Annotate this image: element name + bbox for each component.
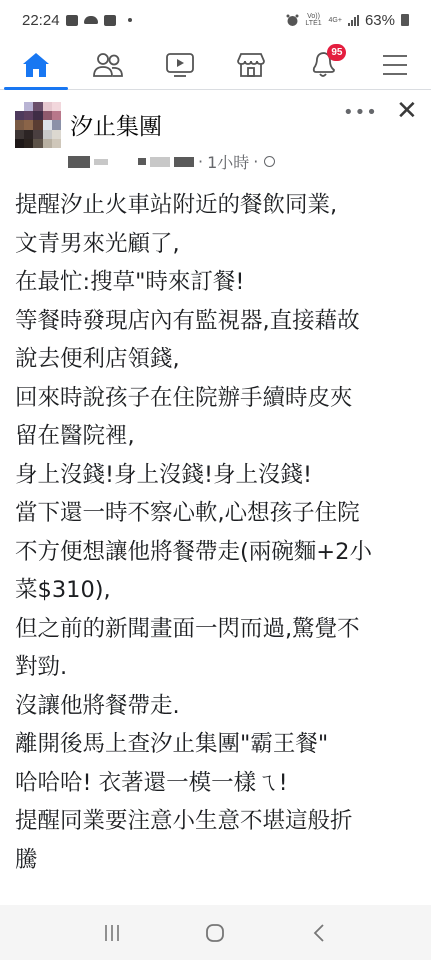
home-icon — [22, 52, 50, 78]
post-text-line: 回來時說孩子在住院辦手續時皮夾 — [15, 379, 425, 418]
signal-icon — [348, 15, 359, 26]
post-text-line: 不方便想讓他將餐帶走(兩碗麵+2小 — [15, 533, 425, 572]
tab-marketplace[interactable] — [215, 40, 287, 89]
post-text-line: 哈哈哈! 衣著還一模一樣ㄟ! — [15, 764, 425, 803]
home-button[interactable] — [195, 918, 235, 948]
notification-badge: 95 — [327, 44, 346, 61]
redacted-name-part — [150, 157, 170, 167]
redacted-name-part — [94, 159, 108, 165]
post-meta: · 1小時 · — [68, 150, 275, 173]
gallery-icon — [66, 15, 78, 26]
redacted-name-part — [174, 157, 194, 167]
post-text-line: 騰 — [15, 841, 425, 880]
meta-separator: · — [198, 152, 203, 171]
shopee-bag-icon — [104, 15, 116, 26]
android-nav-bar — [0, 905, 431, 960]
post-text-line: 說去便利店領錢, — [15, 340, 425, 379]
avatar[interactable] — [15, 102, 61, 148]
status-left: 22:24 — [22, 12, 132, 29]
top-nav-bar: 95 — [0, 40, 431, 90]
post-text-line: 身上沒錢!身上沒錢!身上沒錢! — [15, 456, 425, 495]
status-time: 22:24 — [22, 12, 60, 29]
alarm-icon — [286, 14, 299, 27]
post-text-line: 菜$310), — [15, 571, 425, 610]
post-text-line: 在最忙:搜草"時來訂餐! — [15, 263, 425, 302]
meta-separator: · — [253, 152, 258, 171]
post-text-line: 對勁. — [15, 648, 425, 687]
redacted-name-part — [138, 158, 146, 165]
post-text-line: 提醒汐止火車站附近的餐飲同業, — [15, 186, 425, 225]
recents-icon — [102, 924, 122, 942]
home-circle-icon — [205, 923, 225, 943]
status-right: Vo)) LTE1 4G+ 63% — [286, 12, 409, 29]
post-text-line: 離開後馬上查汐止集團"霸王餐" — [15, 725, 425, 764]
post-text-line: 等餐時發現店內有監視器,直接藉故 — [15, 302, 425, 341]
author-name[interactable]: 汐止集團 — [70, 108, 162, 141]
back-chevron-icon — [312, 923, 326, 943]
globe-icon — [264, 156, 275, 167]
post-text-line: 但之前的新聞畫面一閃而過,驚覺不 — [15, 610, 425, 649]
tab-notifications[interactable]: 95 — [287, 40, 359, 89]
close-button[interactable]: ✕ — [396, 96, 418, 126]
post-body: 提醒汐止火車站附近的餐飲同業, 文青男來光顧了, 在最忙:搜草"時來訂餐! 等餐… — [15, 186, 425, 879]
post-text-line: 提醒同業要注意小生意不堪這般折 — [15, 802, 425, 841]
post-text-line: 留在醫院裡, — [15, 417, 425, 456]
post-text-line: 當下還一時不察心軟,心想孩子住院 — [15, 494, 425, 533]
tab-watch[interactable] — [144, 40, 216, 89]
tab-menu[interactable] — [359, 40, 431, 89]
back-button[interactable] — [299, 918, 339, 948]
battery-percent: 63% — [365, 12, 395, 29]
recents-button[interactable] — [92, 918, 132, 948]
post-text-line: 沒讓他將餐帶走. — [15, 687, 425, 726]
tab-home[interactable] — [0, 40, 72, 89]
redacted-name-part — [68, 156, 90, 168]
post-time[interactable]: 1小時 — [207, 150, 249, 173]
post-text-line: 文青男來光顧了, — [15, 225, 425, 264]
marketplace-icon — [237, 51, 265, 79]
more-options-button[interactable]: ••• — [343, 102, 378, 123]
cloud-icon — [84, 16, 98, 24]
volte-lte1-icon: Vo)) LTE1 — [305, 13, 323, 27]
4g-plus-icon: 4G+ — [329, 17, 342, 24]
watch-video-icon — [165, 51, 195, 79]
post-header: 汐止集團 · 1小時 · ••• ✕ — [0, 90, 431, 180]
status-bar: 22:24 Vo)) LTE1 4G+ 63% — [0, 0, 431, 40]
hamburger-menu-icon — [382, 54, 408, 76]
friends-icon — [92, 52, 124, 78]
battery-icon — [401, 14, 409, 26]
dot-icon — [128, 18, 132, 22]
tab-friends[interactable] — [72, 40, 144, 89]
